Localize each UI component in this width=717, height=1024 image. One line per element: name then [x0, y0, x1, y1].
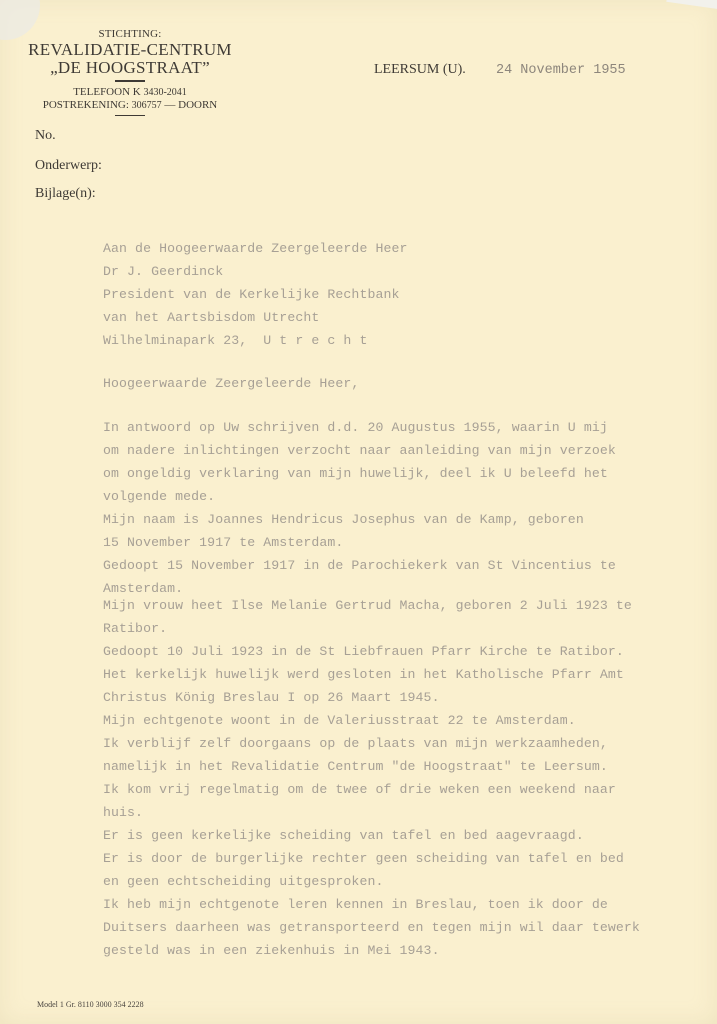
- body-line: en geen echtscheiding uitgesproken.: [103, 874, 383, 889]
- body-line: Amsterdam.: [103, 581, 183, 596]
- field-attachments: Bijlage(n):: [35, 186, 96, 202]
- body-line: Ik kom vrij regelmatig om de twee of dri…: [103, 782, 616, 797]
- address-line: Wilhelminapark 23, U t r e c h t: [103, 333, 367, 348]
- body-line: Duitsers daarheen was getransporteerd en…: [103, 920, 640, 935]
- body-line: om ongeldig verklaring van mijn huwelijk…: [103, 466, 608, 481]
- letter-place: LEERSUM (U).: [374, 62, 466, 78]
- body-line: Gedoopt 10 Juli 1923 in de St Liebfrauen…: [103, 644, 624, 659]
- letterhead-postal-account: POSTREKENING: 306757 — DOORN: [20, 99, 240, 112]
- body-line: gesteld was in een ziekenhuis in Mei 194…: [103, 943, 440, 958]
- body-line: Er is geen kerkelijke scheiding van tafe…: [103, 828, 584, 843]
- address-line: van het Aartsbisdom Utrecht: [103, 310, 319, 325]
- telephone-label: TELEFOON K: [73, 86, 141, 98]
- letterhead-name-line1: REVALIDATIE-CENTRUM: [20, 41, 240, 59]
- address-line: Aan de Hoogeerwaarde Zeergeleerde Heer: [103, 241, 408, 256]
- body-line: volgende mede.: [103, 489, 215, 504]
- form-model-number: Model 1 Gr. 8110 3000 354 2228: [37, 1000, 144, 1009]
- letter-date: 24 November 1955: [496, 63, 626, 78]
- body-line: Mijn vrouw heet Ilse Melanie Gertrud Mac…: [103, 598, 632, 613]
- field-number: No.: [35, 128, 56, 144]
- postal-account-label: POSTREKENING:: [43, 99, 129, 111]
- address-line: Dr J. Geerdinck: [103, 264, 223, 279]
- postal-account-number: 306757: [132, 100, 162, 111]
- body-line: In antwoord op Uw schrijven d.d. 20 Augu…: [103, 420, 608, 435]
- body-line: namelijk in het Revalidatie Centrum "de …: [103, 759, 608, 774]
- salutation: Hoogeerwaarde Zeergeleerde Heer,: [103, 376, 359, 391]
- letterhead-divider: [115, 80, 145, 82]
- body-line: Ik heb mijn echtgenote leren kennen in B…: [103, 897, 608, 912]
- body-line: Er is door de burgerlijke rechter geen s…: [103, 851, 624, 866]
- body-line: Ratibor.: [103, 621, 167, 636]
- letterhead-telephone: TELEFOON K 3430-2041: [20, 86, 240, 99]
- body-line: Het kerkelijk huwelijk werd gesloten in …: [103, 667, 624, 682]
- postal-separator: —: [164, 99, 175, 111]
- letter-page: STICHTING: REVALIDATIE-CENTRUM „DE HOOGS…: [0, 0, 717, 1024]
- body-line: Ik verblijf zelf doorgaans op de plaats …: [103, 736, 608, 751]
- field-subject: Onderwerp:: [35, 158, 102, 174]
- body-line: 15 November 1917 te Amsterdam.: [103, 535, 343, 550]
- body-line: Gedoopt 15 November 1917 in de Parochiek…: [103, 558, 616, 573]
- letterhead-divider-bottom: [115, 115, 145, 117]
- letterhead: STICHTING: REVALIDATIE-CENTRUM „DE HOOGS…: [20, 28, 240, 120]
- body-line: huis.: [103, 805, 143, 820]
- paper-edge-tear: [666, 0, 717, 10]
- body-line: Christus König Breslau I op 26 Maart 194…: [103, 690, 440, 705]
- body-line: om nadere inlichtingen verzocht naar aan…: [103, 443, 616, 458]
- letterhead-name-line2: „DE HOOGSTRAAT”: [20, 59, 240, 77]
- telephone-number: 3430-2041: [143, 87, 186, 98]
- body-line: Mijn naam is Joannes Hendricus Josephus …: [103, 512, 584, 527]
- postal-city: DOORN: [178, 99, 217, 111]
- body-line: Mijn echtgenote woont in de Valeriusstra…: [103, 713, 576, 728]
- address-line: President van de Kerkelijke Rechtbank: [103, 287, 400, 302]
